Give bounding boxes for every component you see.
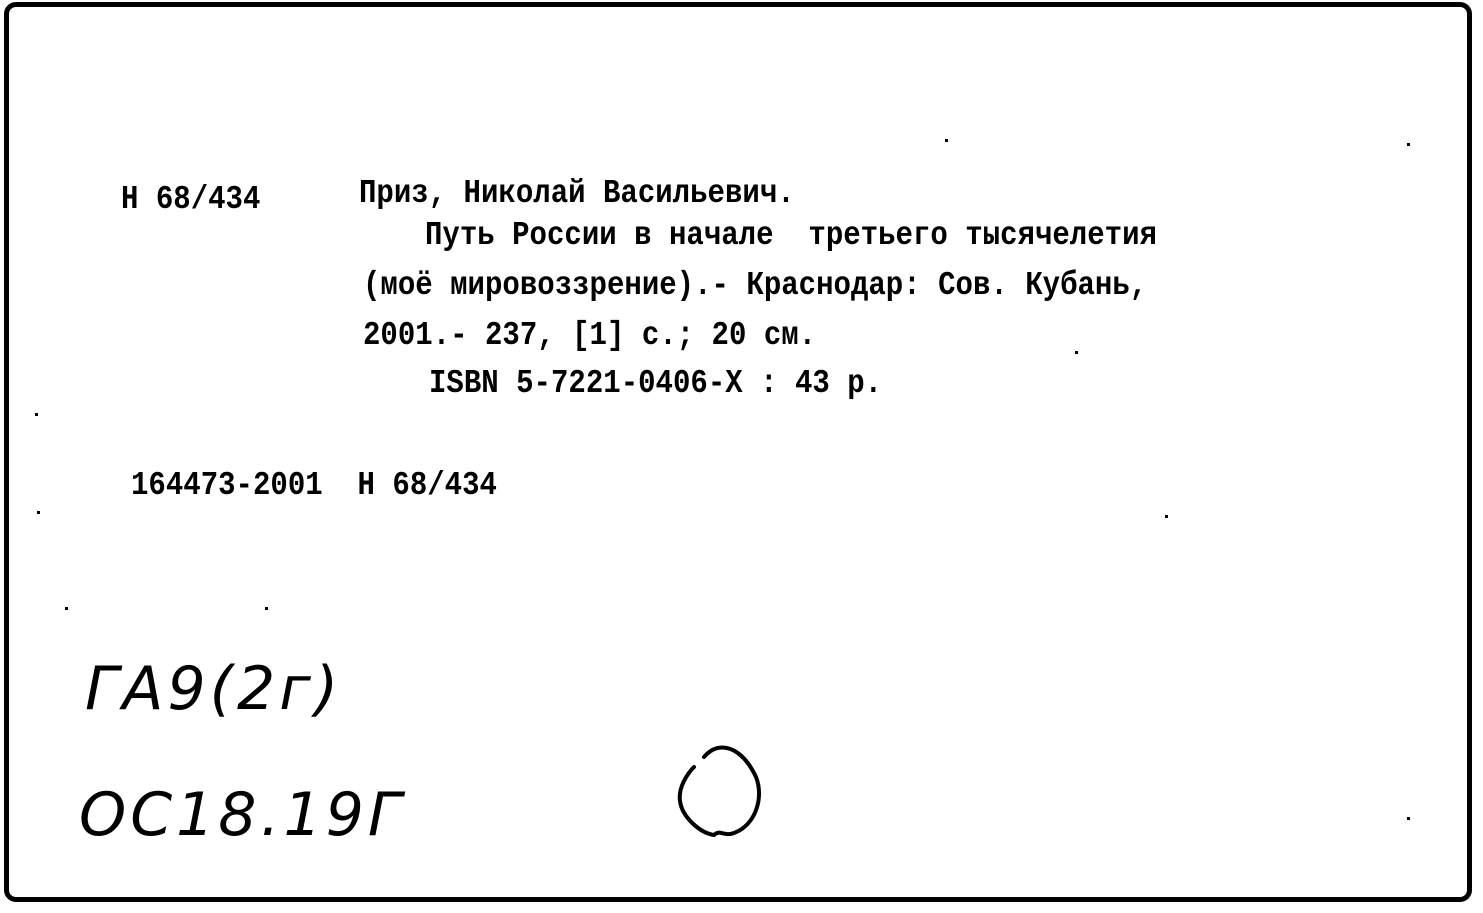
scan-speck bbox=[945, 139, 948, 142]
scan-speck bbox=[1075, 351, 1078, 354]
handwritten-classification: ГА9(2г) bbox=[85, 659, 342, 719]
scan-speck bbox=[1407, 817, 1410, 820]
handwritten-code: ОС18.19Г bbox=[79, 785, 405, 845]
scan-speck bbox=[65, 607, 68, 610]
isbn-line: ISBN 5-7221-0406-X : 43 р. bbox=[429, 367, 882, 400]
scan-speck bbox=[37, 511, 40, 514]
call-number: Н 68/434 bbox=[121, 183, 260, 216]
scan-speck bbox=[35, 413, 38, 416]
imprint-line: 2001.- 237, [1] с.; 20 см. bbox=[363, 319, 816, 352]
scan-speck bbox=[1407, 143, 1410, 146]
scan-speck bbox=[1165, 515, 1168, 518]
scan-speck bbox=[265, 607, 268, 610]
author-heading: Приз, Николай Васильевич. bbox=[359, 177, 795, 210]
accession-line: 164473-2001 Н 68/434 bbox=[131, 469, 497, 502]
catalog-card: Н 68/434 Приз, Николай Васильевич. Путь … bbox=[4, 2, 1472, 902]
circle-stamp-icon bbox=[664, 737, 774, 847]
title-line-2: (моё мировоззрение).- Краснодар: Сов. Ку… bbox=[363, 269, 1147, 302]
title-line-1: Путь России в начале третьего тысячелети… bbox=[425, 219, 1157, 252]
